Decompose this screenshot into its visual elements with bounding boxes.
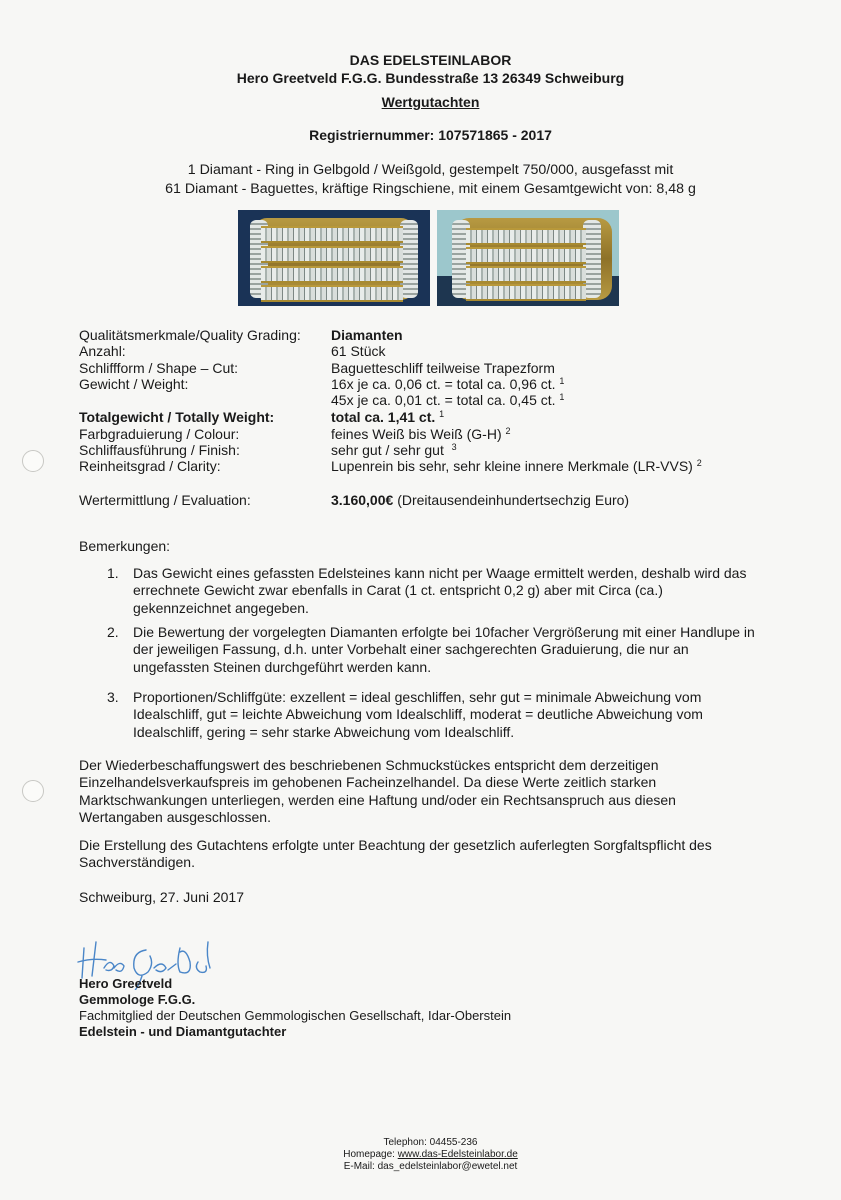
weight-value-2: 45x je ca. 0,01 ct. = total ca. 0,45 ct.… xyxy=(331,392,564,409)
remark-item-1: Das Gewicht eines gefassten Edelsteines … xyxy=(133,565,803,617)
total-weight-text: total ca. 1,41 ct. xyxy=(331,409,435,425)
remark-number: 1. xyxy=(107,565,119,582)
document-title: Wertgutachten xyxy=(0,94,841,110)
footnote-ref: 2 xyxy=(506,426,511,436)
homepage-link[interactable]: www.das-Edelsteinlabor.de xyxy=(398,1149,518,1160)
footnote-ref: 3 xyxy=(452,442,457,452)
remark-line: der jeweiligen Fassung, d.h. unter Vorbe… xyxy=(133,641,803,658)
evaluation-amount: 3.160,00€ xyxy=(331,492,393,508)
disclaimer-paragraph: Der Wiederbeschaffungswert des beschrieb… xyxy=(79,757,779,826)
footer-phone: Telephon: 04455-236 xyxy=(0,1137,841,1149)
diligence-line: Die Erstellung des Gutachtens erfolgte u… xyxy=(79,837,779,854)
colour-text: feines Weiß bis Weiß (G-H) xyxy=(331,426,502,442)
clarity-text: Lupenrein bis sehr, sehr kleine innere M… xyxy=(331,458,693,474)
registration-number: Registriernummer: 107571865 - 2017 xyxy=(0,127,841,143)
count-value: 61 Stück xyxy=(331,343,385,360)
item-description-line-2: 61 Diamant - Baguettes, kräftige Ringsch… xyxy=(0,180,841,199)
finish-text: sehr gut / sehr gut xyxy=(331,442,444,458)
appraisal-document: DAS EDELSTEINLABOR Hero Greetveld F.G.G.… xyxy=(0,0,841,1200)
remark-line: gekennzeichnet angegeben. xyxy=(133,600,803,617)
footnote-ref: 1 xyxy=(439,409,444,419)
finish-value: sehr gut / sehr gut 3 xyxy=(331,442,457,459)
remark-number: 2. xyxy=(107,624,119,641)
signer-role: Edelstein - und Diamantgutachter xyxy=(79,1024,286,1041)
signer-name: Hero Greetveld xyxy=(79,976,172,993)
remark-item-2: Die Bewertung der vorgelegten Diamanten … xyxy=(133,624,803,676)
cut-label: Schliffform / Shape – Cut: xyxy=(79,360,238,377)
remark-number: 3. xyxy=(107,689,119,706)
evaluation-label: Wertermittlung / Evaluation: xyxy=(79,492,251,509)
disclaimer-line: Marktschwankungen unterliegen, werden ei… xyxy=(79,792,779,809)
quality-grading-value: Diamanten xyxy=(331,327,403,344)
ring-photo-front xyxy=(238,210,430,306)
remarks-heading: Bemerkungen: xyxy=(79,538,779,555)
remark-line: Idealschliff, gering = sehr starke Abwei… xyxy=(133,724,803,741)
ring-photo-angle xyxy=(437,210,619,306)
diligence-paragraph: Die Erstellung des Gutachtens erfolgte u… xyxy=(79,837,779,872)
total-weight-value: total ca. 1,41 ct. 1 xyxy=(331,409,444,426)
weight-value-1-text: 16x je ca. 0,06 ct. = total ca. 0,96 ct. xyxy=(331,376,556,392)
weight-value-2-text: 45x je ca. 0,01 ct. = total ca. 0,45 ct. xyxy=(331,392,556,408)
quality-grading-label: Qualitätsmerkmale/Quality Grading: xyxy=(79,327,301,344)
colour-label: Farbgraduierung / Colour: xyxy=(79,426,239,443)
disclaimer-line: Wertangaben ausgeschlossen. xyxy=(79,809,779,826)
finish-label: Schliffausführung / Finish: xyxy=(79,442,240,459)
weight-value-1: 16x je ca. 0,06 ct. = total ca. 0,96 ct.… xyxy=(331,376,564,393)
signer-membership: Fachmitglied der Deutschen Gemmologische… xyxy=(79,1008,511,1025)
remark-line: errechnete Gewicht zwar ebenfalls in Car… xyxy=(133,582,803,599)
homepage-label: Homepage: xyxy=(343,1149,397,1160)
punch-hole xyxy=(22,780,44,802)
remark-line: Das Gewicht eines gefassten Edelsteines … xyxy=(133,565,803,582)
signer-title: Gemmologe F.G.G. xyxy=(79,992,195,1009)
disclaimer-line: Der Wiederbeschaffungswert des beschrieb… xyxy=(79,757,779,774)
total-weight-label: Totalgewicht / Totally Weight: xyxy=(79,409,274,426)
remark-line: Die Bewertung der vorgelegten Diamanten … xyxy=(133,624,803,641)
evaluation-words: (Dreitausendeinhundertsechzig Euro) xyxy=(397,492,629,508)
footnote-ref: 1 xyxy=(559,376,564,386)
clarity-value: Lupenrein bis sehr, sehr kleine innere M… xyxy=(331,458,702,475)
remark-line: Idealschliff, gut = leichte Abweichung v… xyxy=(133,706,803,723)
remark-line: Proportionen/Schliffgüte: exzellent = id… xyxy=(133,689,803,706)
weight-label: Gewicht / Weight: xyxy=(79,376,188,393)
footer-homepage: Homepage: www.das-Edelsteinlabor.de xyxy=(0,1149,841,1161)
colour-value: feines Weiß bis Weiß (G-H) 2 xyxy=(331,426,511,443)
disclaimer-line: Einzelhandelsverkaufspreis im gehobenen … xyxy=(79,774,779,791)
lab-address: Hero Greetveld F.G.G. Bundesstraße 13 26… xyxy=(0,70,841,86)
count-label: Anzahl: xyxy=(79,343,126,360)
footer-email: E-Mail: das_edelsteinlabor@ewetel.net xyxy=(0,1161,841,1173)
remark-line: ungefassten Steinen durchgeführt werden … xyxy=(133,659,803,676)
punch-hole xyxy=(22,450,44,472)
cut-value: Baguetteschliff teilweise Trapezform xyxy=(331,360,555,377)
footnote-ref: 1 xyxy=(559,392,564,402)
evaluation-value: 3.160,00€ (Dreitausendeinhundertsechzig … xyxy=(331,492,629,509)
item-description-line-1: 1 Diamant - Ring in Gelbgold / Weißgold,… xyxy=(0,161,841,180)
remark-item-3: Proportionen/Schliffgüte: exzellent = id… xyxy=(133,689,803,741)
place-and-date: Schweiburg, 27. Juni 2017 xyxy=(79,889,779,906)
clarity-label: Reinheitsgrad / Clarity: xyxy=(79,458,221,475)
lab-name: DAS EDELSTEINLABOR xyxy=(0,52,841,68)
diligence-line: Sachverständigen. xyxy=(79,854,779,871)
footnote-ref: 2 xyxy=(697,458,702,468)
